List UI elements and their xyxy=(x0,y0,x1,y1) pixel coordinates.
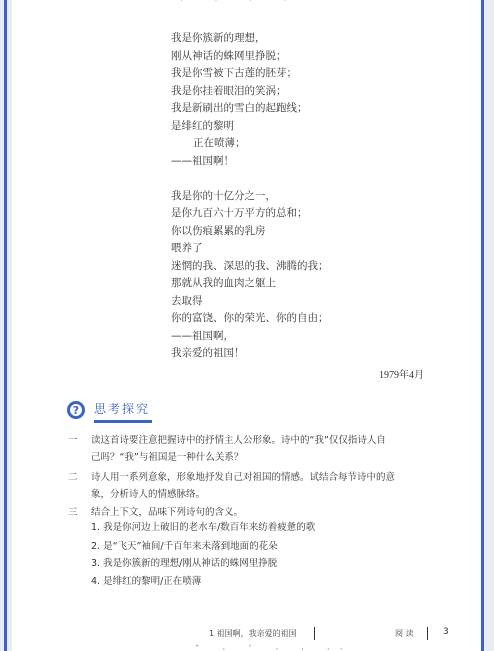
poem-line: 我是你的十亿分之一， xyxy=(171,190,276,202)
poem-line: 刚从神话的蛛网里挣脱； xyxy=(171,50,287,62)
poem-line: 我亲爱的祖国！ xyxy=(171,347,245,359)
poem-line: ——祖国啊， xyxy=(171,330,234,342)
page-edge-left xyxy=(4,0,7,651)
question-circle-icon: ? xyxy=(67,401,85,419)
poem-line: 是绯红的黎明 xyxy=(171,120,234,132)
poem-date: 1979年4月 xyxy=(379,366,424,381)
question-text: 读这首诗要注意把握诗中的抒情主人公形象。诗中的“我”仅仅指诗人自 xyxy=(91,435,386,447)
poem-line: 你的富饶、你的荣光、你的自由； xyxy=(171,312,329,324)
poem-line: 是你九百六十万平方的总和； xyxy=(171,207,308,219)
question-number: 三 xyxy=(68,507,78,519)
poem-line: 正在喷薄； xyxy=(193,137,246,149)
poem-line: 我是你簇新的理想， xyxy=(171,32,266,44)
question-text: 象，分析诗人的情感脉络。 xyxy=(91,489,205,501)
clipped-next-page-text: ˇ · ˋ · · ·· xyxy=(195,645,353,651)
sub-question: 2. 是“飞天”袖间/千百年来未落到地面的花朵 xyxy=(91,541,278,553)
sub-question: 3. 我是你簇新的理想/刚从神话的蛛网里挣脱 xyxy=(91,558,277,570)
poem-line: 我是你挂着眼泪的笑涡； xyxy=(171,85,287,97)
question-number: 一 xyxy=(68,435,78,447)
poem-line: 迷惘的我、深思的我、沸腾的我； xyxy=(171,260,329,272)
poem-line: ——祖国啊！ xyxy=(171,155,234,167)
section-underline xyxy=(94,420,152,423)
poem-line: 喂养了 xyxy=(171,242,203,254)
sub-question: 4. 是绯红的黎明/正在喷薄 xyxy=(91,576,201,588)
poem-line: 你以伤痕累累的乳房 xyxy=(171,225,266,237)
footer-divider xyxy=(427,627,428,640)
page-number: 3 xyxy=(443,627,449,637)
footer-unit: 阅 读 xyxy=(395,628,414,639)
clipped-heading: · · · · xyxy=(180,0,300,7)
sub-question: 1. 我是你河边上破旧的老水车/数百年来纺着疲惫的歌 xyxy=(91,522,315,534)
question-text: 己吗？“我”与祖国是一种什么关系？ xyxy=(91,452,243,464)
footer-chapter: 1 祖国啊，我亲爱的祖国 xyxy=(209,628,297,639)
question-text: 诗人用一系列意象，形象地抒发自己对祖国的情感。试结合每节诗中的意 xyxy=(91,472,395,484)
poem-line: 我是新刷出的雪白的起跑线； xyxy=(171,102,308,114)
footer-divider xyxy=(314,627,315,640)
poem-line: 我是你雪被下古莲的胚芽； xyxy=(171,67,297,79)
question-text: 结合上下文，品味下列诗句的含义。 xyxy=(91,507,243,519)
question-number: 二 xyxy=(68,472,78,484)
document-page xyxy=(12,0,482,651)
poem-line: 那就从我的血肉之躯上 xyxy=(171,277,276,289)
poem-line: 去取得 xyxy=(171,295,203,307)
page-edge-right xyxy=(481,0,484,651)
section-title: 思考探究 xyxy=(94,400,150,417)
